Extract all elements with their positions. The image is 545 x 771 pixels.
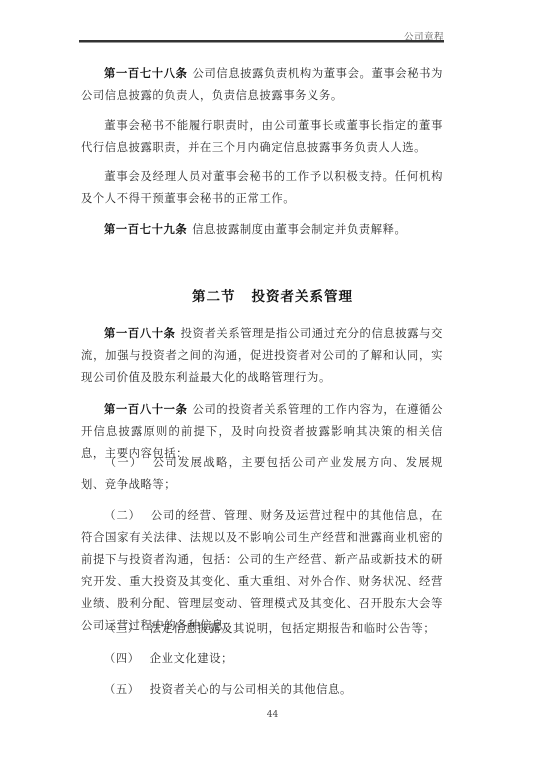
section-name: 投资者关系管理 xyxy=(252,289,354,305)
article-180: 第一百八十条投资者关系管理是指公司通过充分的信息披露与交流，加强与投资者之间的沟… xyxy=(81,322,443,389)
header-rule-thin xyxy=(79,42,444,43)
list-item-label: （一） xyxy=(104,456,143,469)
article-number: 第一百七十九条 xyxy=(104,222,187,236)
list-item-4: （四）企业文化建设； xyxy=(81,648,443,670)
section-title: 第二节投资者关系管理 xyxy=(0,285,545,305)
list-item-text: 公司的经营、管理、财务及运营过程中的其他信息，在符合国家有关法律、法规以及不影响… xyxy=(81,509,443,632)
document-page: 公司章程 第一百七十八条公司信息披露负责机构为董事会。董事会秘书为公司信息披露的… xyxy=(0,0,545,771)
paragraph-text: 董事会秘书不能履行职责时，由公司董事长或董事长指定的董事代行信息披露职责，并在三… xyxy=(81,119,443,154)
article-178-para-3: 董事会及经理人员对董事会秘书的工作予以积极支持。任何机构及个人不得干预董事会秘书… xyxy=(81,166,443,210)
article-number: 第一百七十八条 xyxy=(104,66,188,80)
list-item-text: 法定信息披露及其说明，包括定期报告和临时公告等； xyxy=(150,622,436,635)
list-item-3: （三）法定信息披露及其说明，包括定期报告和临时公告等； xyxy=(81,618,443,640)
list-item-label: （三） xyxy=(104,622,140,635)
list-item-1: （一）公司发展战略，主要包括公司产业发展方向、发展规划、竞争战略等； xyxy=(81,452,443,496)
article-179: 第一百七十九条信息披露制度由董事会制定并负责解释。 xyxy=(81,218,443,241)
article-number: 第一百八十一条 xyxy=(104,402,188,416)
list-item-label: （四） xyxy=(104,652,140,665)
article-text: 信息披露制度由董事会制定并负责解释。 xyxy=(192,223,406,236)
section-number: 第二节 xyxy=(192,289,236,305)
list-item-text: 企业文化建设； xyxy=(150,652,233,665)
paragraph-text: 董事会及经理人员对董事会秘书的工作予以积极支持。任何机构及个人不得干预董事会秘书… xyxy=(81,170,443,205)
article-178-para-2: 董事会秘书不能履行职责时，由公司董事长或董事长指定的董事代行信息披露职责，并在三… xyxy=(81,115,443,159)
article-178: 第一百七十八条公司信息披露负责机构为董事会。董事会秘书为公司信息披露的负责人，负… xyxy=(81,62,443,107)
list-item-5: （五）投资者关心的与公司相关的其他信息。 xyxy=(81,679,443,701)
list-item-label: （五） xyxy=(104,683,140,696)
list-item-label: （二） xyxy=(104,509,141,522)
article-number: 第一百八十条 xyxy=(104,326,176,340)
list-item-text: 投资者关心的与公司相关的其他信息。 xyxy=(150,683,352,696)
page-number: 44 xyxy=(0,710,545,720)
